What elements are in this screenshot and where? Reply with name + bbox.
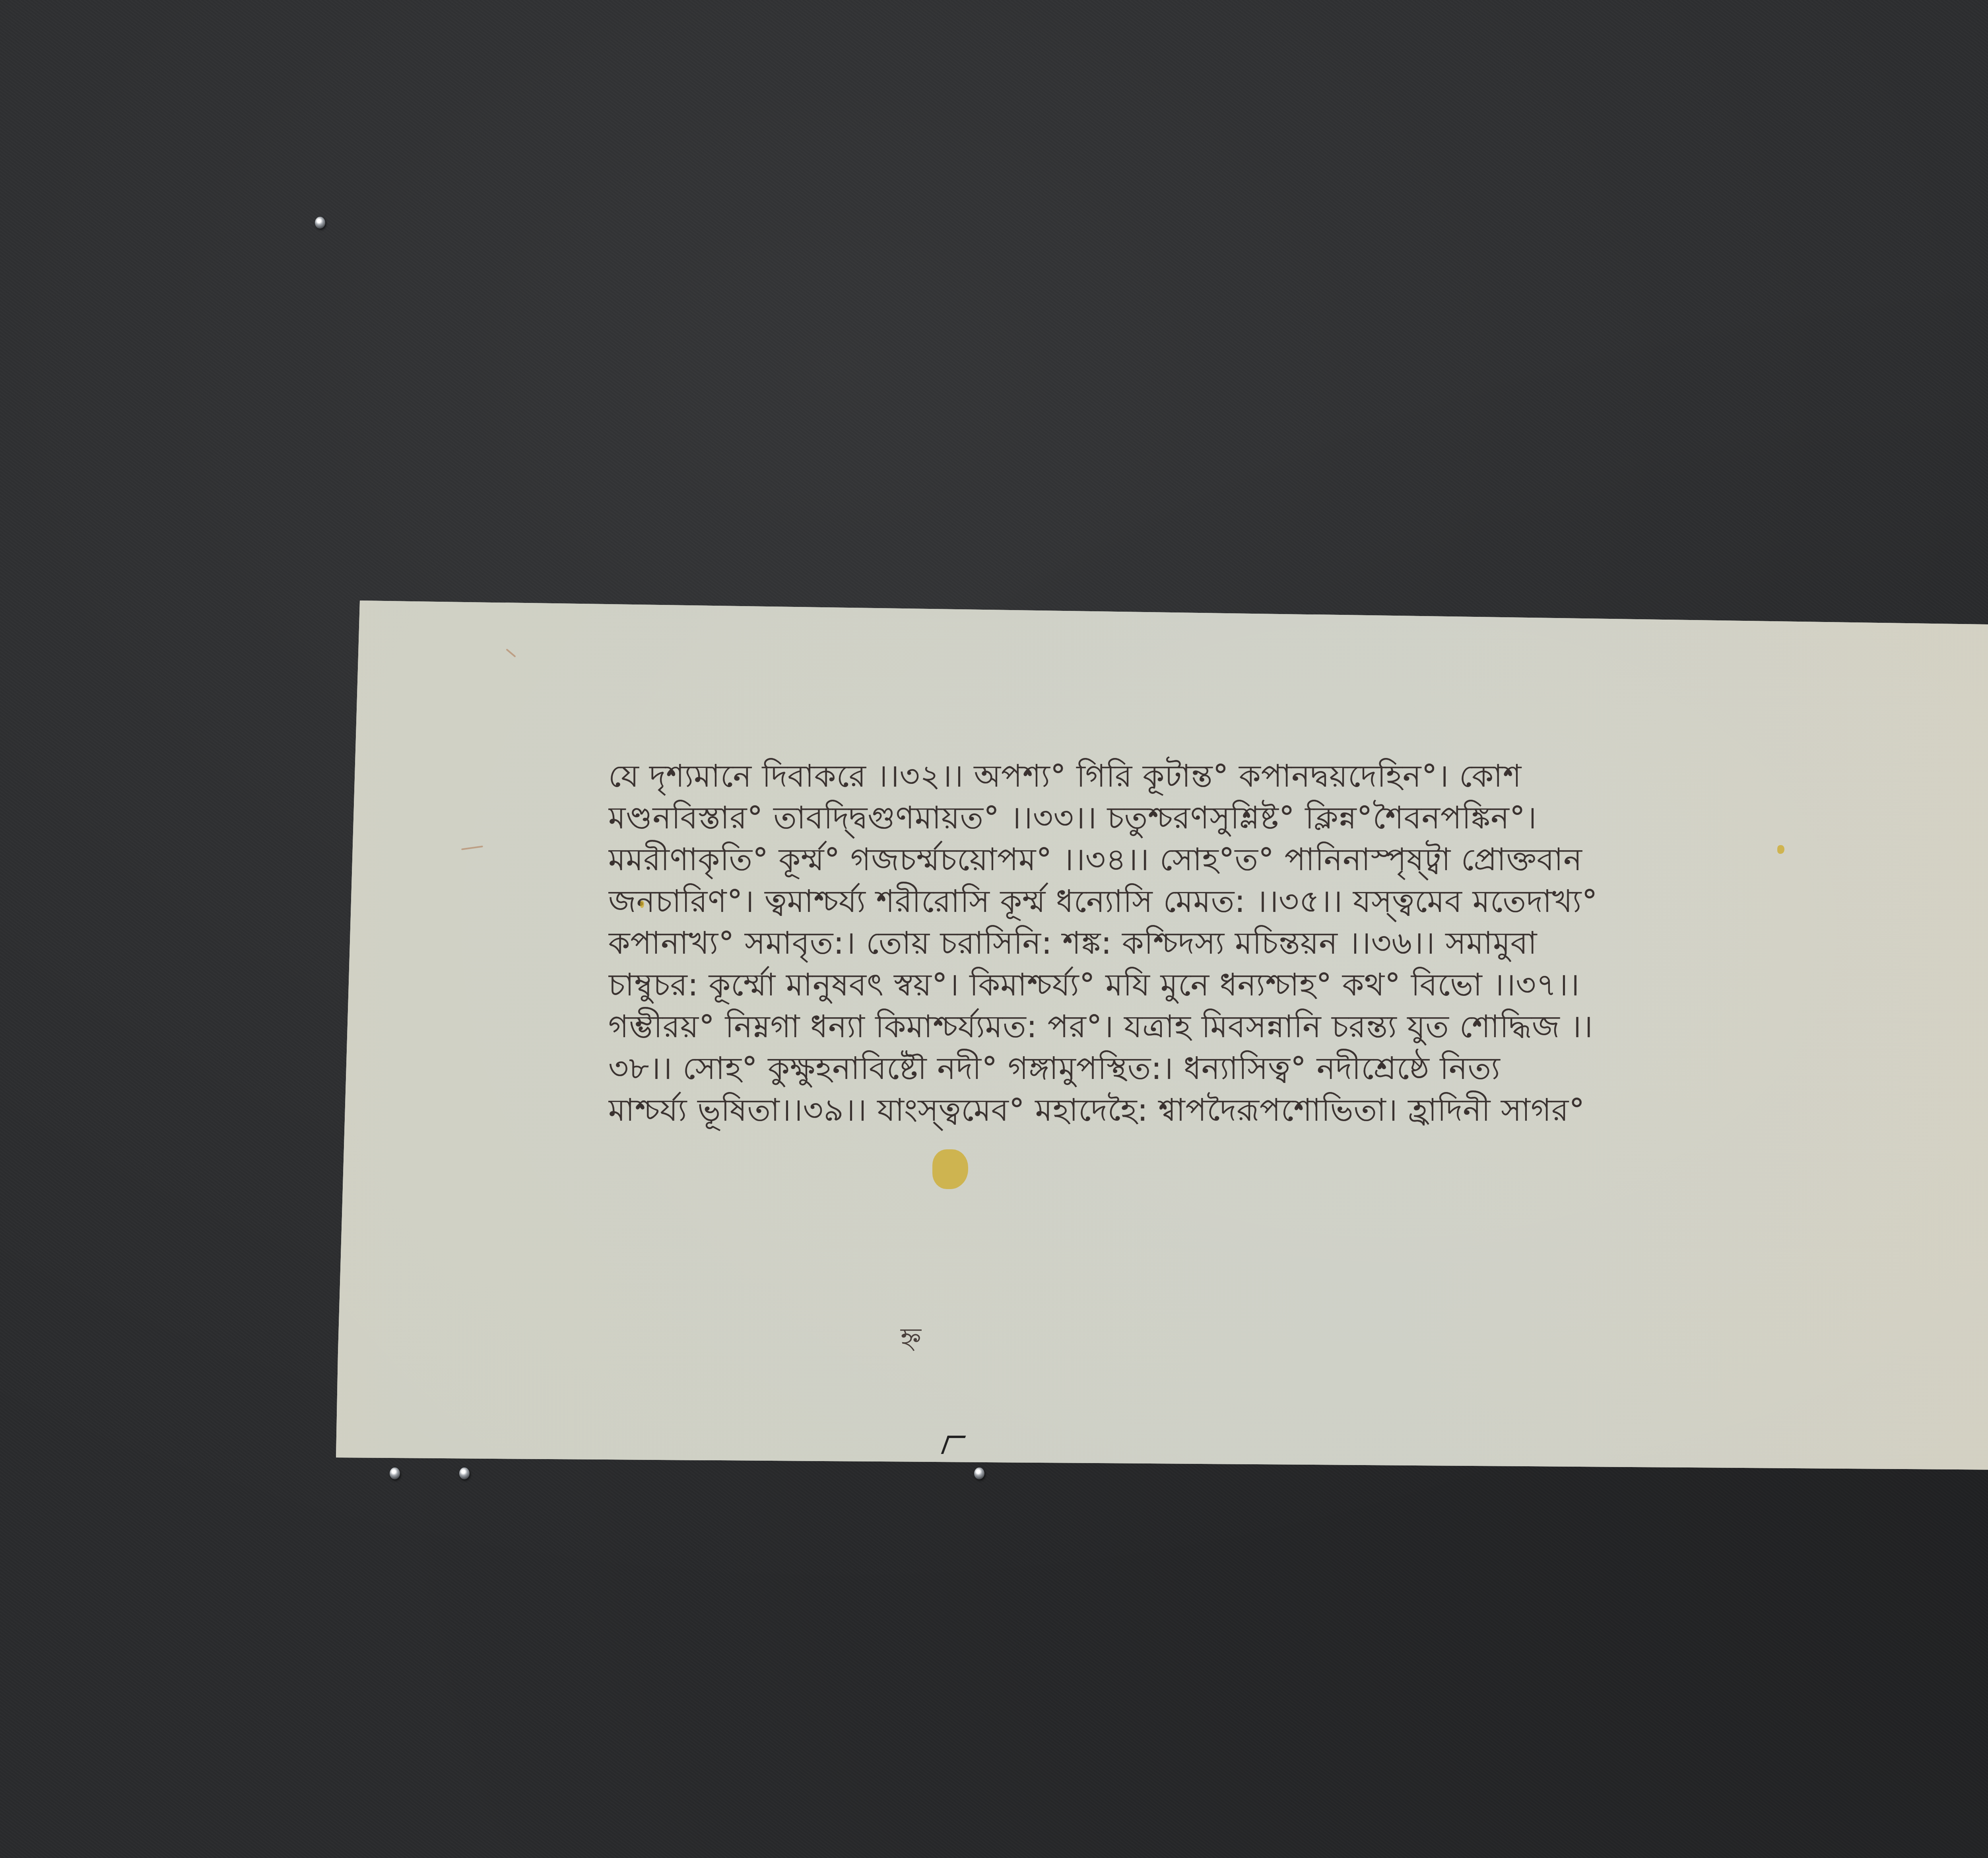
text-line-2: মণ্ডনবিস্তার° তাবদ্দ্বিগুণমায়ত° ।।৩৩।। … [608,797,1988,839]
text-line-1: যে দৃশ্যমানে দিবাকরে ।।৩২।। অপশ্য° গিরি … [608,756,1988,797]
text-line-5: কপানাখ্য° সমাবৃত:। তোয় চরাসিনি: শঙ্ক: ক… [608,923,1988,964]
text-line-9: মাশ্চর্য্য ভূষিতা।।৩৯।। যাংস্ত্বমেব° মহা… [608,1090,1988,1131]
manuscript-text: যে দৃশ্যমানে দিবাকরে ।।৩২।। অপশ্য° গিরি … [608,756,1988,1131]
mounting-pin [390,1467,400,1479]
yellow-pigment-stain [932,1149,968,1189]
mounting-pin [315,217,325,229]
mounting-pin [459,1467,470,1479]
text-line-7: গম্ভীরয়° নিম্নগা ধন্যা কিমাশ্চর্য্যমত: … [608,1006,1988,1048]
text-line-8: ৩৮।। সোহ° কুক্ষুহনাবিষ্টৌ নদী° গঙ্গামুপস… [608,1048,1988,1090]
yellow-pigment-stain [1777,845,1784,854]
folio-mark: হ্ন [901,1316,921,1363]
yellow-pigment-stain [640,901,644,908]
text-line-4: জনচারিণ°। ত্বমাশ্চর্য্য শরীরোসি কূর্ম্ম … [608,881,1988,923]
text-line-6: চাম্বুচর: কূর্ম্মো মানুষবৎ স্বয়°। কিমাশ… [608,964,1988,1006]
mounting-pin [974,1467,984,1479]
